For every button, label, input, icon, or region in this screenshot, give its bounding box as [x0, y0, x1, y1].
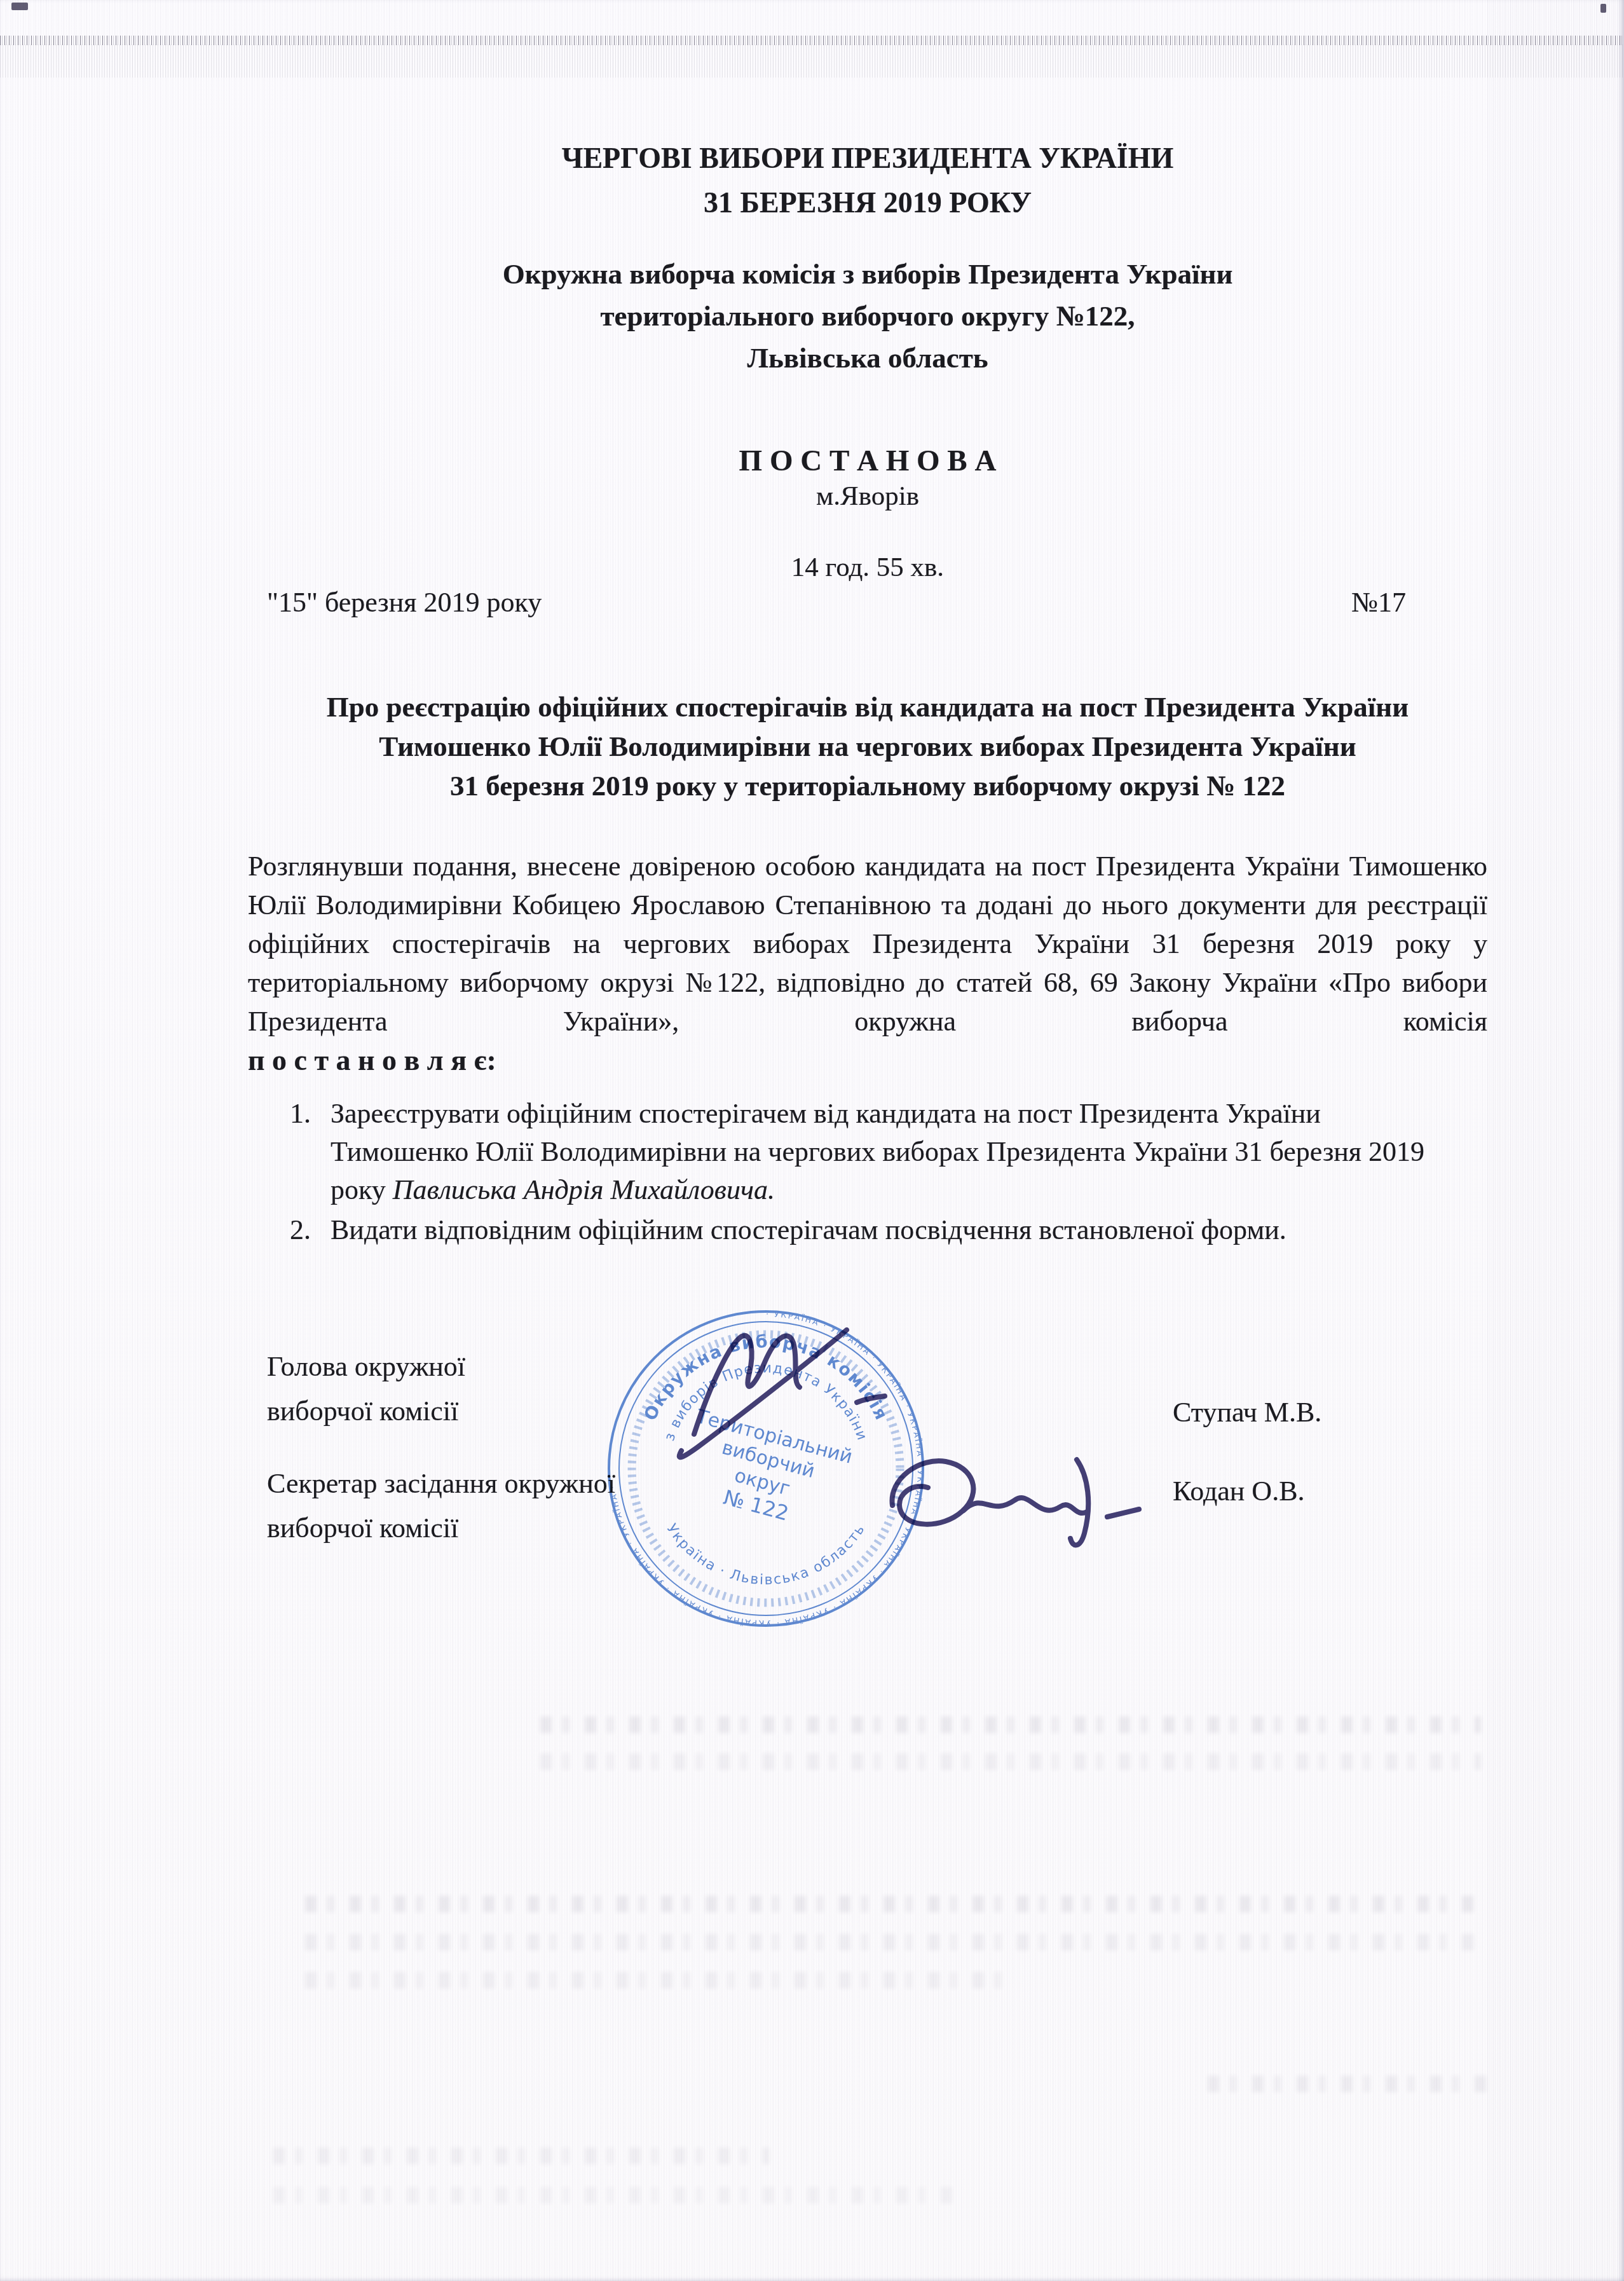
list-item-marker: 2.	[290, 1211, 331, 1249]
list-item: 2. Видати відповідним офіційним спостері…	[290, 1211, 1434, 1249]
election-title-line2: 31 БЕРЕЗНЯ 2019 РОКУ	[248, 186, 1487, 219]
signer1-name: Ступач М.В.	[1173, 1396, 1321, 1428]
signer2-role-line2: виборчої комісії	[267, 1512, 458, 1544]
resolution-date: "15" березня 2019 року	[267, 586, 542, 619]
subject-line1: Про реєстрацію офіційних спостерігачів в…	[248, 690, 1487, 723]
scan-speck	[11, 3, 28, 10]
list-item-text: Зареєструвати офіційним спостерігачем ві…	[331, 1095, 1434, 1209]
signer2-role-line1: Секретар засідання окружної	[267, 1467, 615, 1500]
scan-speck	[1600, 4, 1606, 13]
item2-text: Видати відповідним офіційним спостерігач…	[331, 1214, 1286, 1245]
observer-name: Павлиська Андрія Михайловича.	[386, 1174, 775, 1205]
document-content: ЧЕРГОВІ ВИБОРИ ПРЕЗИДЕНТА УКРАЇНИ 31 БЕР…	[248, 0, 1487, 2281]
commission-name-line2: територіального виборчого округу №122,	[248, 299, 1487, 332]
list-item-text: Видати відповідним офіційним спостерігач…	[331, 1211, 1434, 1249]
election-title-line1: ЧЕРГОВІ ВИБОРИ ПРЕЗИДЕНТА УКРАЇНИ	[248, 141, 1487, 175]
resolution-city: м.Яворів	[248, 481, 1487, 512]
subject-line2: Тимошенко Юлії Володимирівни на чергових…	[248, 730, 1487, 763]
subject-line3: 31 березня 2019 року у територіальному в…	[248, 769, 1487, 802]
resolution-title: П О С Т А Н О В А	[248, 444, 1487, 478]
body-paragraph-text: Розглянувши подання, внесене довіреною о…	[248, 851, 1487, 1037]
scan-right-streaks	[1487, 0, 1624, 2281]
signer1-role-line1: Голова окружної	[267, 1350, 465, 1383]
decision-word: п о с т а н о в л я є:	[248, 1041, 1487, 1079]
resolution-number: №17	[1351, 586, 1406, 619]
signer1-role-line2: виборчої комісії	[267, 1395, 458, 1427]
commission-name-line3: Львівська область	[248, 341, 1487, 374]
commission-round-stamp: · УКРАЇНА · УКРАЇНА · УКРАЇНА · УКРАЇНА …	[601, 1303, 931, 1634]
signer2-name: Кодан О.В.	[1173, 1475, 1304, 1507]
scanned-document-page: ЧЕРГОВІ ВИБОРИ ПРЕЗИДЕНТА УКРАЇНИ 31 БЕР…	[0, 0, 1624, 2281]
commission-name-line1: Окружна виборча комісія з виборів Презид…	[248, 257, 1487, 291]
resolution-time: 14 год. 55 хв.	[248, 552, 1487, 583]
list-item: 1. Зареєструвати офіційним спостерігачем…	[290, 1095, 1434, 1209]
list-item-marker: 1.	[290, 1095, 331, 1133]
body-paragraph: Розглянувши подання, внесене довіреною о…	[248, 847, 1487, 1041]
decision-items-list: 1. Зареєструвати офіційним спостерігачем…	[290, 1095, 1434, 1251]
